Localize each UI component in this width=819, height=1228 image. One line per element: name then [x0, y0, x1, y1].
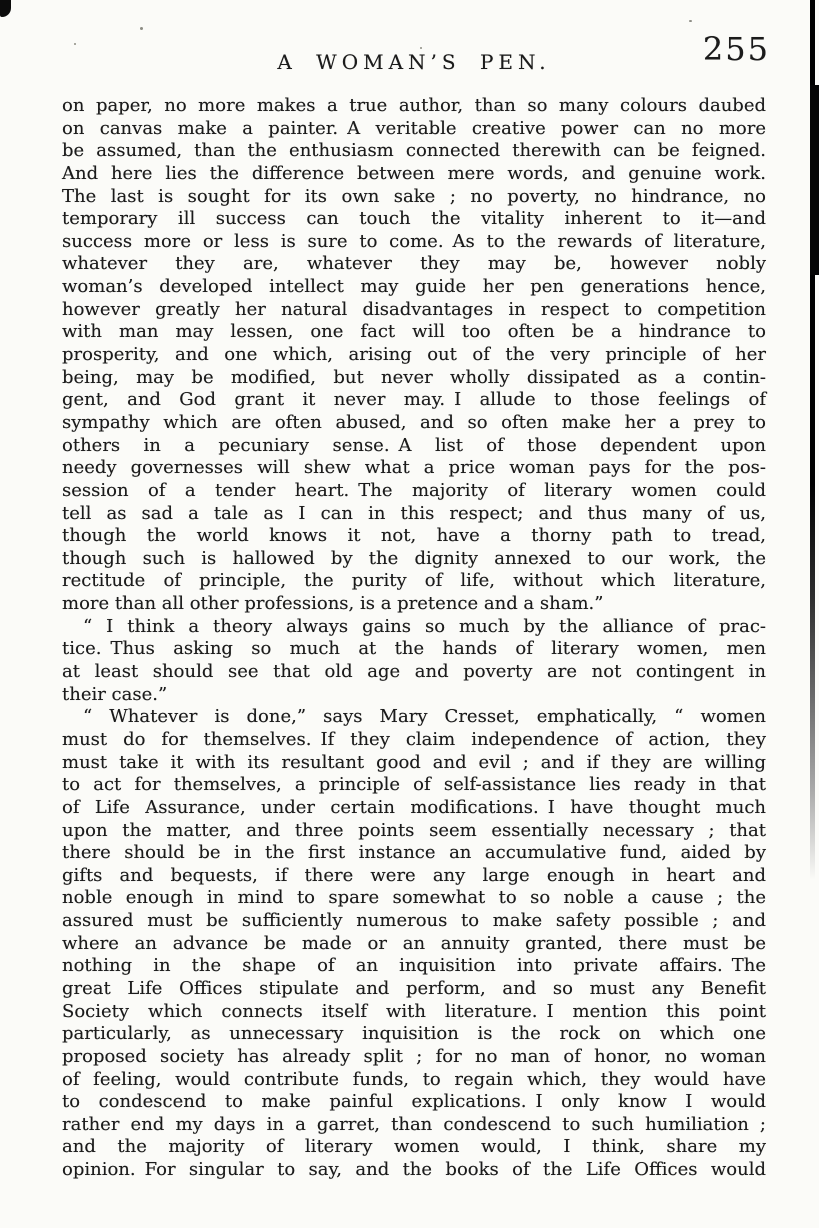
text-line: upon the matter, and three points seem e…	[62, 820, 766, 843]
text-line: woman’s developed intellect may guide he…	[62, 276, 766, 299]
text-line: though such is hallowed by the dignity a…	[62, 548, 766, 571]
text-line: on paper, no more makes a true author, t…	[62, 95, 766, 118]
running-header: A WOMAN’S PEN. 255	[62, 0, 766, 90]
text-line: to act for themselves, a principle of se…	[62, 774, 766, 797]
text-line: “ I think a theory always gains so much …	[62, 616, 766, 639]
text-line: rectitude of principle, the purity of li…	[62, 570, 766, 593]
text-line: great Life Offices stipulate and perform…	[62, 978, 766, 1001]
text-line: And here lies the difference between mer…	[62, 163, 766, 186]
text-line: noble enough in mind to spare somewhat t…	[62, 887, 766, 910]
text-line: The last is sought for its own sake ; no…	[62, 186, 766, 209]
paragraph: “ I think a theory always gains so much …	[62, 616, 766, 707]
text-line: others in a pecuniary sense. A list of t…	[62, 435, 766, 458]
text-line: whatever they are, whatever they may be,…	[62, 253, 766, 276]
text-line: session of a tender heart. The majority …	[62, 480, 766, 503]
text-line: tell as sad a tale as I can in this resp…	[62, 503, 766, 526]
text-line: being, may be modified, but never wholly…	[62, 367, 766, 390]
text-line: though the world knows it not, have a th…	[62, 525, 766, 548]
text-line: and the majority of literary women would…	[62, 1136, 766, 1159]
text-line: to condescend to make painful explicatio…	[62, 1091, 766, 1114]
text-line: on canvas make a painter. A veritable cr…	[62, 118, 766, 141]
paragraph: on paper, no more makes a true author, t…	[62, 95, 766, 616]
text-line: proposed society has already split ; for…	[62, 1046, 766, 1069]
text-line: be assumed, than the enthusiasm connecte…	[62, 140, 766, 163]
text-line: where an advance be made or an annuity g…	[62, 933, 766, 956]
text-line: rather end my days in a garret, than con…	[62, 1114, 766, 1137]
text-line: prosperity, and one which, arising out o…	[62, 344, 766, 367]
scanned-page: A WOMAN’S PEN. 255 on paper, no more mak…	[0, 0, 819, 1228]
text-line: “ Whatever is done,” says Mary Cresset, …	[62, 706, 766, 729]
page-number: 255	[703, 30, 770, 68]
text-line: of feeling, would contribute funds, to r…	[62, 1069, 766, 1092]
text-line: opinion. For singular to say, and the bo…	[62, 1159, 766, 1182]
text-line: particularly, as unnecessary inquisition…	[62, 1023, 766, 1046]
text-line: temporary ill success can touch the vita…	[62, 208, 766, 231]
scan-artifact-edge-bar-wide	[810, 85, 819, 275]
text-line: with man may lessen, one fact will too o…	[62, 321, 766, 344]
scan-artifact-edge-bar	[810, 0, 815, 880]
text-line: more than all other professions, is a pr…	[62, 593, 766, 616]
text-line: gifts and bequests, if there were any la…	[62, 865, 766, 888]
page-header-title: A WOMAN’S PEN.	[62, 50, 766, 74]
text-line: Society which connects itself with liter…	[62, 1001, 766, 1024]
text-line: of Life Assurance, under certain modific…	[62, 797, 766, 820]
scan-artifact-corner-mark	[0, 0, 11, 17]
text-line: assured must be sufficiently numerous to…	[62, 910, 766, 933]
text-block: on paper, no more makes a true author, t…	[62, 95, 766, 1182]
text-line: must take it with its resultant good and…	[62, 752, 766, 775]
text-line: their case.”	[62, 684, 766, 707]
text-line: tice. Thus asking so much at the hands o…	[62, 638, 766, 661]
paragraph: “ Whatever is done,” says Mary Cresset, …	[62, 706, 766, 1181]
text-line: sympathy which are often abused, and so …	[62, 412, 766, 435]
text-line: gent, and God grant it never may. I allu…	[62, 389, 766, 412]
text-line: there should be in the first instance an…	[62, 842, 766, 865]
text-line: success more or less is sure to come. As…	[62, 231, 766, 254]
text-line: needy governesses will shew what a price…	[62, 457, 766, 480]
text-line: however greatly her natural disadvantage…	[62, 299, 766, 322]
text-line: nothing in the shape of an inquisition i…	[62, 955, 766, 978]
text-line: at least should see that old age and pov…	[62, 661, 766, 684]
text-line: must do for themselves. If they claim in…	[62, 729, 766, 752]
